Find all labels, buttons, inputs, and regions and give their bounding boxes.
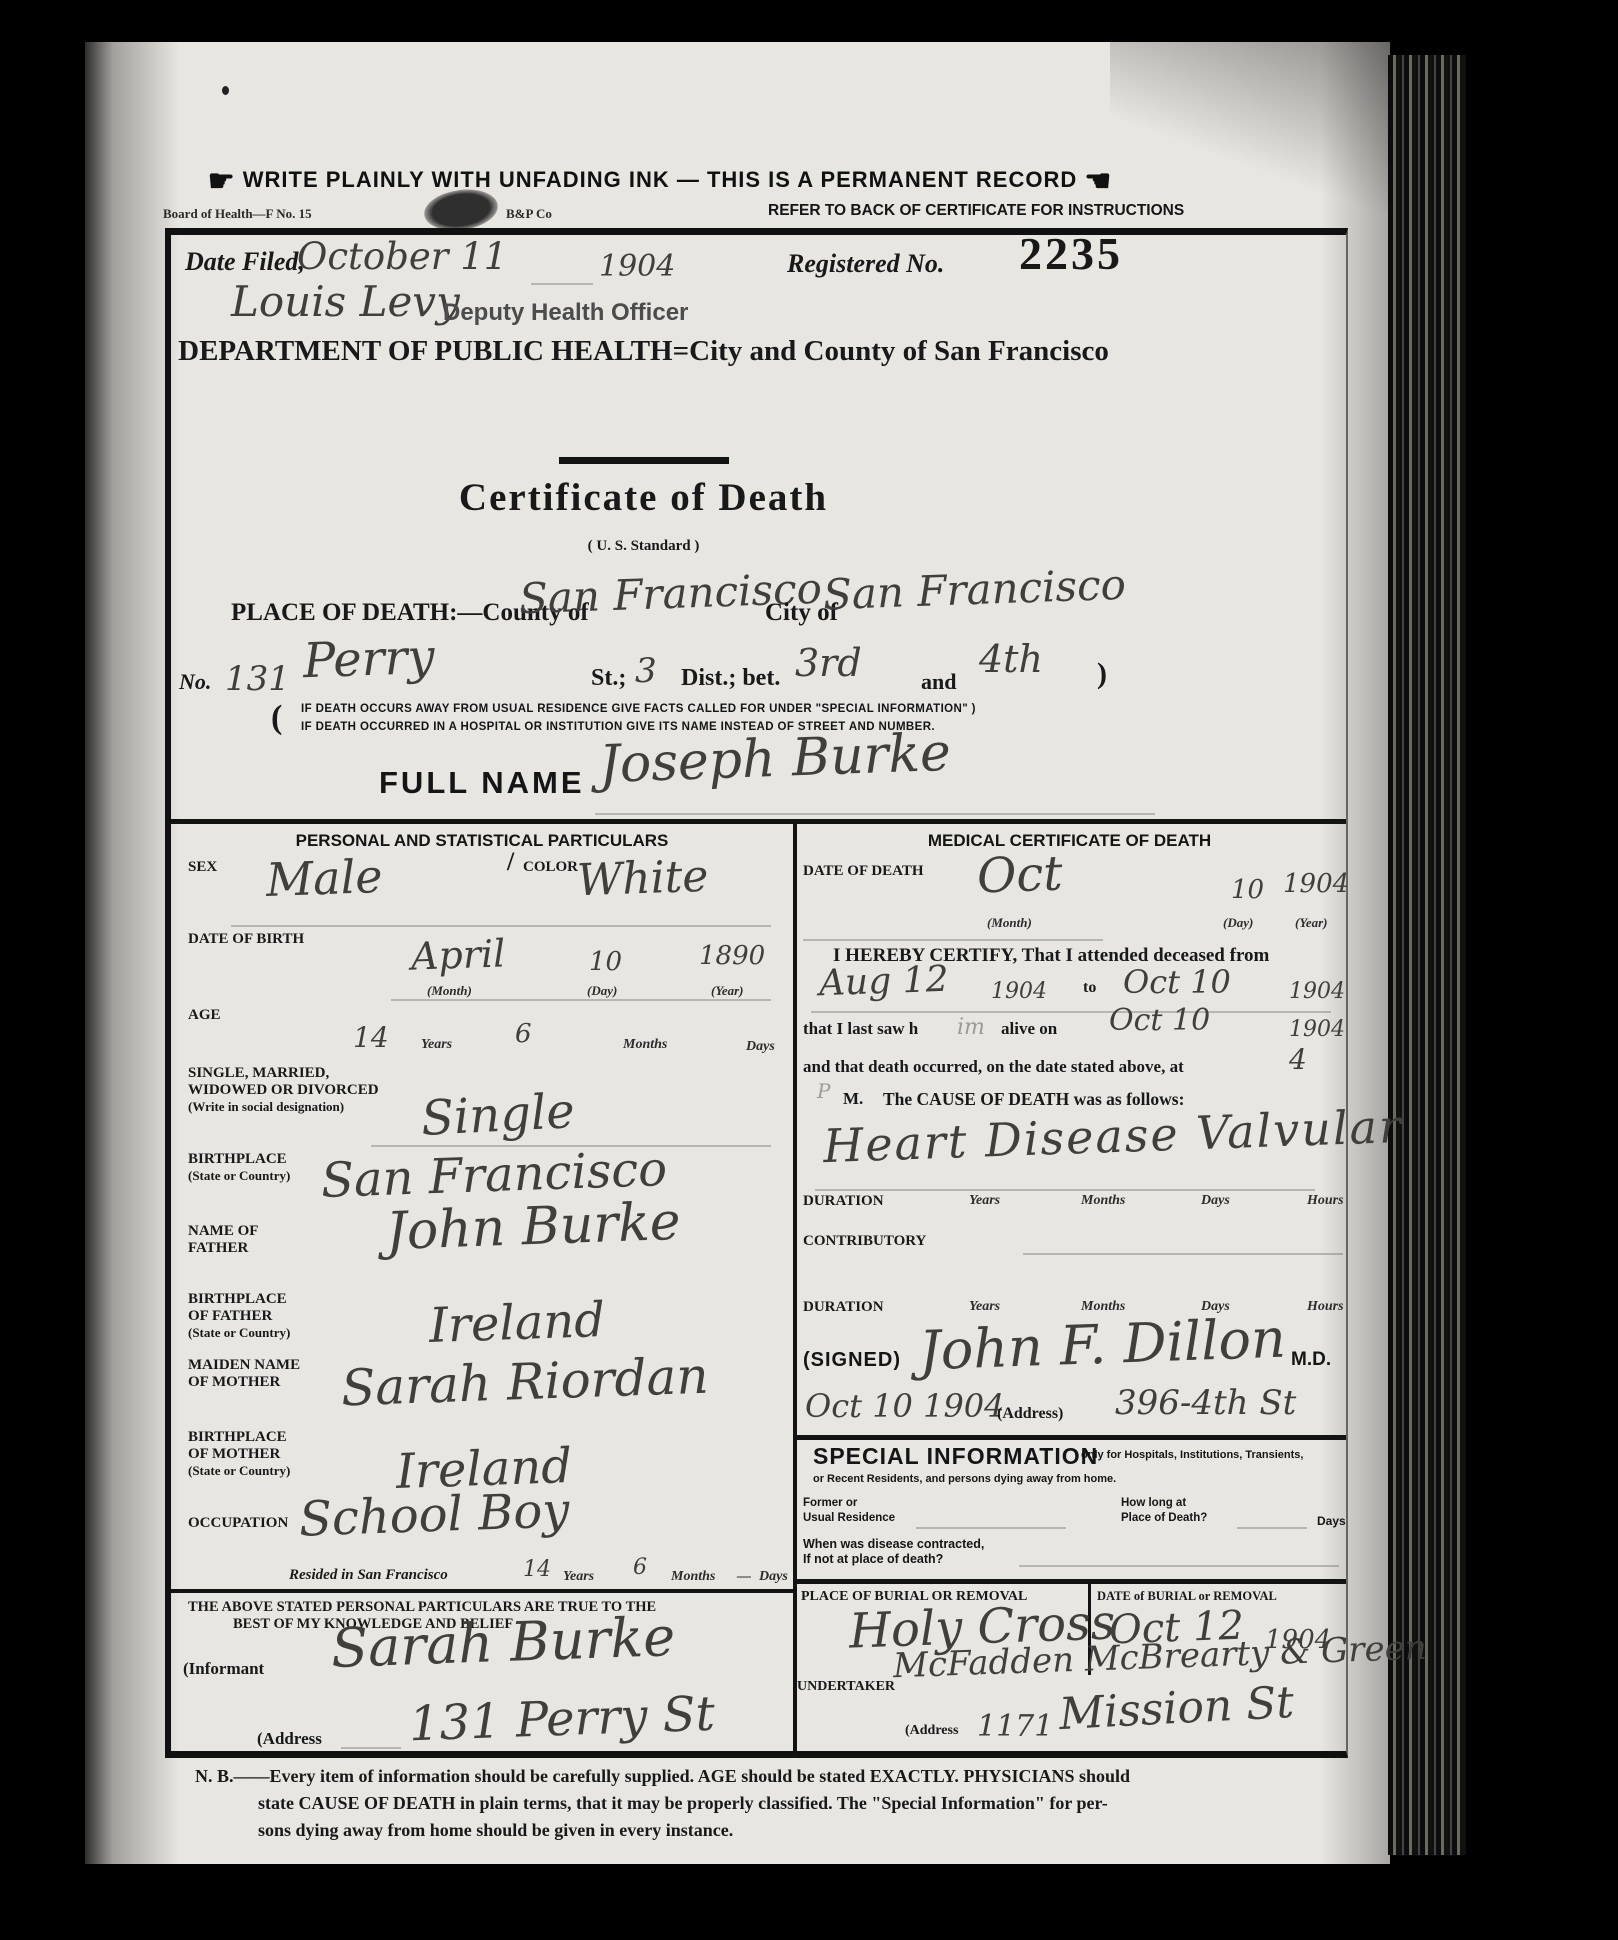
board-of-health-form-number: Board of Health—F No. 15: [163, 206, 312, 222]
printer-credit: B&P Co: [506, 206, 552, 222]
refer-to-back-note: REFER TO BACK OF CERTIFICATE FOR INSTRUC…: [768, 202, 1184, 220]
informant-value: Sarah Burke: [330, 1605, 676, 1680]
duration1-hours: Hours: [1307, 1193, 1344, 1209]
us-standard-label: ( U. S. Standard ): [588, 538, 700, 554]
physician-signature: John F. Dillon: [918, 1307, 1287, 1383]
registered-no-label: Registered No.: [787, 249, 944, 279]
last-saw-year: 1904: [1289, 1017, 1345, 1042]
duration2-hours: Hours: [1307, 1299, 1344, 1315]
age-months-value: 6: [515, 1019, 532, 1049]
book-page-stack-edge: [1388, 55, 1466, 1855]
resided-years-value: 14: [523, 1557, 551, 1582]
field-line: [803, 939, 1103, 941]
signed-date: Oct 10 1904: [805, 1387, 1005, 1425]
cause-of-death-value: Heart Disease Valvular: [822, 1099, 1404, 1173]
and-label: and: [921, 669, 956, 695]
certificate-title-row: Certificate of Death: [171, 475, 1116, 520]
contributory-label: CONTRIBUTORY: [803, 1233, 926, 1250]
undertaker-address-street: Mission St: [1058, 1677, 1295, 1740]
banner-text: WRITE PLAINLY WITH UNFADING INK — THIS I…: [243, 167, 1078, 192]
attended-from-year: 1904: [991, 979, 1047, 1004]
department-title: DEPARTMENT OF PUBLIC HEALTH=City and Cou…: [178, 335, 1109, 367]
attestation-rule: [171, 1589, 793, 1593]
resided-months-caption: Months: [671, 1569, 715, 1585]
signed-address-value: 396-4th St: [1115, 1383, 1296, 1423]
ampm-mark: P: [817, 1079, 830, 1103]
no-label: No.: [179, 669, 211, 695]
how-long-label-1: How long at: [1121, 1497, 1186, 1509]
mother-name-value: Sarah Riordan: [340, 1347, 709, 1418]
district-number: 3: [635, 651, 657, 691]
how-long-days-caption: Days: [1317, 1514, 1346, 1528]
sex-label: SEX: [188, 859, 217, 876]
certificate-box: Date Filed, October 11 1904 Registered N…: [165, 228, 1348, 1758]
duration2-years: Years: [969, 1299, 1000, 1315]
attended-from-date: Aug 12: [818, 959, 949, 1004]
marital-label-2: WIDOWED OR DIVORCED: [188, 1082, 379, 1099]
informant-address-value: 131 Perry St: [408, 1686, 716, 1753]
resided-months-value: 6: [633, 1555, 647, 1580]
age-label: AGE: [188, 1007, 221, 1024]
date-filed-value: October 11: [297, 235, 507, 278]
resided-years-caption: Years: [563, 1569, 594, 1585]
duration-label-2: DURATION: [803, 1299, 884, 1316]
footnote-line-1: N. B.——Every item of information should …: [195, 1766, 1130, 1787]
age-months-caption: Months: [623, 1037, 667, 1053]
field-line: [231, 925, 771, 927]
last-saw-fill: im: [957, 1015, 985, 1040]
duration1-years: Years: [969, 1193, 1000, 1209]
burial-date-label: DATE of BURIAL or REMOVAL: [1097, 1589, 1277, 1604]
street-name: Perry: [302, 629, 435, 690]
scanned-death-certificate: ☛ WRITE PLAINLY WITH UNFADING INK — THIS…: [0, 0, 1618, 1940]
birthplace-label: BIRTHPLACE: [188, 1151, 287, 1168]
divider-line: [341, 1747, 401, 1749]
pointing-hand-right-icon: ☛: [208, 165, 236, 198]
m-label: M.: [843, 1089, 863, 1109]
mother-bp-caption: (State or Country): [188, 1463, 290, 1479]
pointing-hand-left-icon: ☚: [1084, 165, 1112, 198]
dob-year-caption: (Year): [711, 983, 744, 999]
color-divider-mark: /: [507, 847, 514, 877]
father-name-value: John Burke: [385, 1192, 681, 1262]
city-value: San Francisco: [822, 560, 1126, 620]
full-name-line: [595, 813, 1155, 815]
ink-speck: [222, 86, 229, 95]
resided-days-caption: Days: [759, 1569, 788, 1585]
dod-day-caption: (Day): [1223, 915, 1253, 931]
contracted-label-1: When was disease contracted,: [803, 1537, 984, 1551]
dob-day: 10: [589, 947, 622, 977]
between-street: 3rd: [795, 641, 862, 685]
date-filed-label: Date Filed,: [185, 247, 305, 277]
last-saw-post: alive on: [1001, 1019, 1057, 1039]
dob-month-caption: (Month): [427, 983, 472, 999]
date-filed-year: 1904: [599, 249, 675, 284]
dod-year-caption: (Year): [1295, 915, 1328, 931]
medical-column-header: MEDICAL CERTIFICATE OF DEATH: [793, 831, 1346, 851]
special-info-rule: [793, 1435, 1346, 1440]
father-label-1: NAME OF: [188, 1223, 258, 1240]
dod-month: Oct: [976, 846, 1063, 905]
us-standard-row: ( U. S. Standard ): [171, 537, 1116, 555]
md-label: M.D.: [1291, 1349, 1331, 1371]
residence-note-1: IF DEATH OCCURS AWAY FROM USUAL RESIDENC…: [301, 703, 976, 715]
field-line: [1237, 1527, 1307, 1529]
resided-label: Resided in San Francisco: [289, 1567, 448, 1584]
dod-label: DATE OF DEATH: [803, 863, 924, 880]
note-paren: (: [271, 699, 282, 737]
st-label: St.;: [591, 665, 626, 692]
informant-address-label: (Address: [257, 1729, 322, 1749]
personal-column-header: PERSONAL AND STATISTICAL PARTICULARS: [171, 831, 793, 851]
duration1-months: Months: [1081, 1193, 1125, 1209]
father-bp-caption: (State or Country): [188, 1325, 290, 1341]
color-value: White: [576, 851, 709, 907]
occupation-value: School Boy: [298, 1482, 570, 1547]
marital-label-3: (Write in social designation): [188, 1099, 344, 1115]
footnote-line-2: state CAUSE OF DEATH in plain terms, tha…: [258, 1793, 1108, 1814]
age-days-caption: Days: [746, 1039, 775, 1055]
occupation-label: OCCUPATION: [188, 1515, 288, 1532]
death-hour: 4: [1289, 1043, 1307, 1076]
field-line: [916, 1527, 1066, 1529]
footnote-line-3: sons dying away from home should be give…: [258, 1820, 733, 1841]
dob-year: 1890: [699, 941, 765, 971]
columns-top-rule: [171, 819, 1346, 824]
banner: ☛ WRITE PLAINLY WITH UNFADING INK — THIS…: [160, 164, 1160, 199]
birthplace-caption: (State or Country): [188, 1168, 290, 1184]
mother-label-2: OF MOTHER: [188, 1374, 280, 1391]
undertaker-label: UNDERTAKER: [797, 1679, 895, 1695]
sex-value: Male: [265, 849, 383, 907]
mother-bp-label-1: BIRTHPLACE: [188, 1429, 287, 1446]
field-line: [391, 999, 771, 1001]
department-title-row: DEPARTMENT OF PUBLIC HEALTH=City and Cou…: [171, 335, 1116, 368]
dob-day-caption: (Day): [587, 983, 617, 999]
health-officer-title: Deputy Health Officer: [443, 299, 688, 327]
color-label: COLOR: [523, 859, 578, 876]
undertaker-address-number: 1171: [977, 1709, 1053, 1744]
mother-bp-label-2: OF MOTHER: [188, 1446, 280, 1463]
age-years-value: 14: [353, 1021, 389, 1054]
attended-to-date: Oct 10: [1123, 963, 1231, 1001]
age-years-caption: Years: [421, 1037, 452, 1053]
duration1-days: Days: [1201, 1193, 1230, 1209]
field-line: [1023, 1253, 1343, 1255]
attended-to-year: 1904: [1289, 979, 1345, 1004]
house-number: 131: [225, 659, 290, 699]
signed-address-label: (Address): [997, 1405, 1063, 1423]
undertaker-address-label: (Address: [905, 1723, 958, 1739]
certificate-title: Certificate of Death: [459, 476, 828, 519]
field-line: [1019, 1565, 1339, 1567]
dob-label: DATE OF BIRTH: [188, 931, 304, 948]
contracted-label-2: If not at place of death?: [803, 1552, 943, 1566]
to-label: to: [1083, 979, 1096, 997]
divider-line: [531, 283, 593, 285]
closing-paren: ): [1097, 657, 1107, 691]
resided-days-dash: —: [737, 1569, 751, 1585]
cause-of-death-label: The CAUSE OF DEATH was as follows:: [883, 1089, 1184, 1110]
father-bp-value: Ireland: [428, 1292, 606, 1354]
duration-label-1: DURATION: [803, 1193, 884, 1210]
last-saw-date: Oct 10: [1109, 1003, 1210, 1038]
marital-label-1: SINGLE, MARRIED,: [188, 1065, 329, 1082]
how-long-label-2: Place of Death?: [1121, 1512, 1207, 1524]
special-info-note-1: only for Hospitals, Institutions, Transi…: [1081, 1449, 1303, 1461]
health-officer-signature: Louis Levy: [231, 277, 460, 326]
full-name-value: Joseph Burke: [598, 723, 952, 795]
father-bp-label-2: OF FATHER: [188, 1308, 272, 1325]
former-residence-label-1: Former or: [803, 1497, 857, 1509]
field-line: [811, 1011, 1331, 1013]
mother-label-1: MAIDEN NAME: [188, 1357, 300, 1374]
dob-month: April: [410, 931, 506, 978]
last-saw-pre: that I last saw h: [803, 1019, 918, 1039]
title-bar: [559, 457, 729, 464]
special-info-note-2: or Recent Residents, and persons dying a…: [813, 1473, 1116, 1485]
and-street: 4th: [979, 637, 1043, 681]
full-name-label: FULL NAME: [379, 765, 585, 801]
former-residence-label-2: Usual Residence: [803, 1512, 895, 1524]
dod-year: 1904: [1283, 869, 1349, 899]
father-label-2: FATHER: [188, 1240, 248, 1257]
column-divider: [793, 819, 797, 1758]
field-line: [815, 1189, 1315, 1191]
informant-label: (Informant: [183, 1659, 264, 1679]
marital-value: Single: [420, 1083, 576, 1147]
death-occurred-text: and that death occurred, on the date sta…: [803, 1057, 1184, 1077]
dod-month-caption: (Month): [987, 915, 1032, 931]
dod-day: 10: [1231, 875, 1264, 905]
dist-bet-label: Dist.; bet.: [681, 665, 780, 692]
signed-label: (SIGNED): [803, 1349, 901, 1372]
special-info-header: SPECIAL INFORMATION: [813, 1443, 1098, 1470]
registered-number: 2235: [1019, 227, 1123, 280]
father-bp-label-1: BIRTHPLACE: [188, 1291, 287, 1308]
burial-top-rule: [793, 1579, 1346, 1584]
